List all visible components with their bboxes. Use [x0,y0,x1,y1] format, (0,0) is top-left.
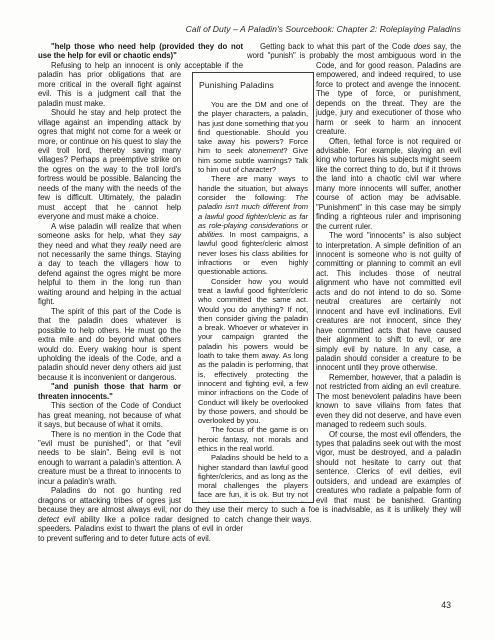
text-run: A wise paladin will realize that when so… [38,222,181,240]
paragraph: Paladins should be held to a higher stan… [198,453,308,503]
paragraph: The focus of the game is on heroic fanta… [198,425,308,453]
text-run-italic: really [128,241,146,250]
text-run: need are not necessarily the same things… [38,241,181,307]
page-number: 43 [441,600,451,610]
paragraph: There are many ways to handle the situat… [198,174,308,276]
paragraph: Consider how you would treat a lawful go… [198,277,308,426]
text-run-italic: detect evil [38,515,75,524]
text-run: Getting back to what this part of the Co… [260,42,414,51]
text-run-italic: does [414,42,431,51]
text-run: There are many ways to handle the situat… [198,174,308,202]
text-run-italic: say [169,231,181,240]
sidebar-title: Punishing Paladins [199,80,308,90]
text-run-italic: atonement [248,146,283,155]
text-run: they need and what they [38,241,128,250]
paragraph: You are the DM and one of the player cha… [198,100,308,174]
punishing-paladins-sidebar: Punishing Paladins You are the DM and on… [192,72,314,503]
running-header: Call of Duty – A Paladin's Sourcebook: C… [0,24,461,34]
